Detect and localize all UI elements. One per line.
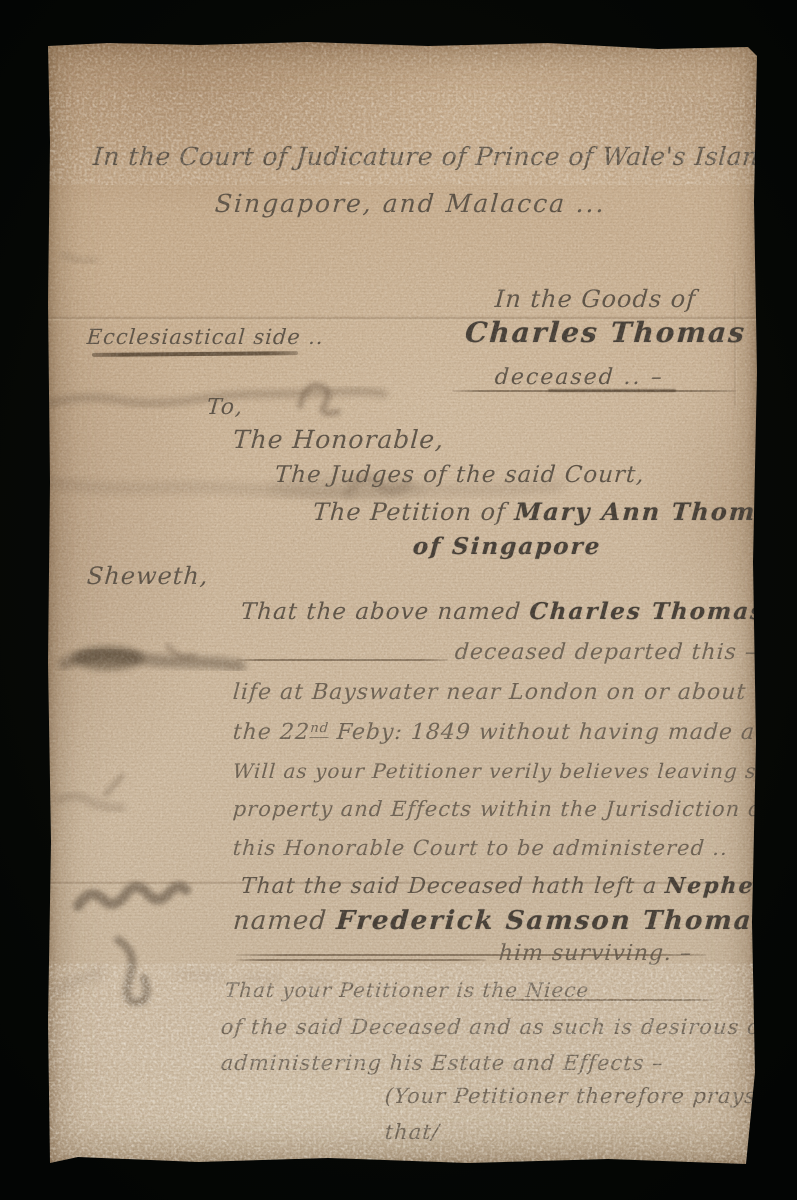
- deceased-name: Charles Thomas: [464, 316, 747, 349]
- salutation-to: To,: [206, 395, 244, 420]
- petitioner-place: of Singapore: [412, 533, 602, 560]
- date-rest: Feby: 1849 without having made any: [328, 720, 785, 745]
- date-ordinal-suffix: nd: [309, 721, 329, 738]
- body-line-3: life at Bayswater near London on or abou…: [232, 680, 747, 705]
- salutation-judges: The Judges of the said Court,: [274, 462, 645, 488]
- body-line-7: this Honorable Court to be administered …: [232, 836, 729, 860]
- heir-name: Frederick Samson Thomas: [335, 906, 770, 936]
- scan-background: In the Court of Judicature of Prince of …: [0, 0, 797, 1200]
- surviving-line: him surviving. –: [498, 941, 693, 966]
- petition-prefix: The Petition of: [312, 498, 516, 526]
- body-line-1: That the above named Charles Thomas: [240, 598, 766, 625]
- court-header-line-2: Singapore, and Malacca ...: [214, 189, 607, 218]
- ecclesiastical-side-label: Ecclesiastical side ..: [86, 325, 325, 349]
- petition-document-page: In the Court of Judicature of Prince of …: [48, 42, 757, 1164]
- court-header-line-1: In the Court of Judicature of Prince of …: [92, 142, 776, 171]
- body-line-4: the 22nd Feby: 1849 without having made …: [232, 720, 785, 745]
- deceased-word: deceased .. –: [494, 365, 665, 390]
- body-line-2: deceased departed this –: [454, 640, 758, 665]
- body-line-5: Will as your Petitioner verily believes …: [232, 759, 797, 783]
- body-line-9: named Frederick Samson Thomas: [232, 906, 770, 936]
- prayer-line-2: that/: [384, 1120, 441, 1144]
- salutation-honorable: The Honorable,: [232, 425, 445, 454]
- body-line-8-prefix: That the said Deceased hath left a: [240, 874, 666, 899]
- body-line-8: That the said Deceased hath left a Nephe…: [240, 873, 777, 899]
- ruled-blank-line: [236, 659, 448, 661]
- named-word: named: [232, 906, 337, 936]
- goods-heading: In the Goods of: [494, 285, 697, 313]
- body-line-12: of the said Deceased and as such is desi…: [220, 1015, 770, 1039]
- sheweth-heading: Sheweth,: [86, 562, 210, 590]
- ruled-blank-line: [236, 959, 486, 961]
- side-label-underline: [92, 351, 298, 357]
- body-line-13: administering his Estate and Effects –: [220, 1051, 664, 1075]
- heir-relation: Nephew: [664, 873, 776, 899]
- body-line-6: property and Effects within the Jurisdic…: [232, 797, 771, 821]
- deceased-name-repeat: Charles Thomas: [529, 598, 767, 625]
- body-line-11: That your Petitioner is the Niece: [224, 978, 590, 1002]
- prayer-line-1: (Your Petitioner therefore prays: [384, 1084, 757, 1108]
- date-day: the 22: [232, 720, 311, 745]
- petitioner-name: Mary Ann Thomas: [514, 497, 791, 526]
- body-line-1-prefix: That the above named: [240, 599, 530, 625]
- petition-of-line: The Petition of Mary Ann Thomas: [312, 497, 790, 526]
